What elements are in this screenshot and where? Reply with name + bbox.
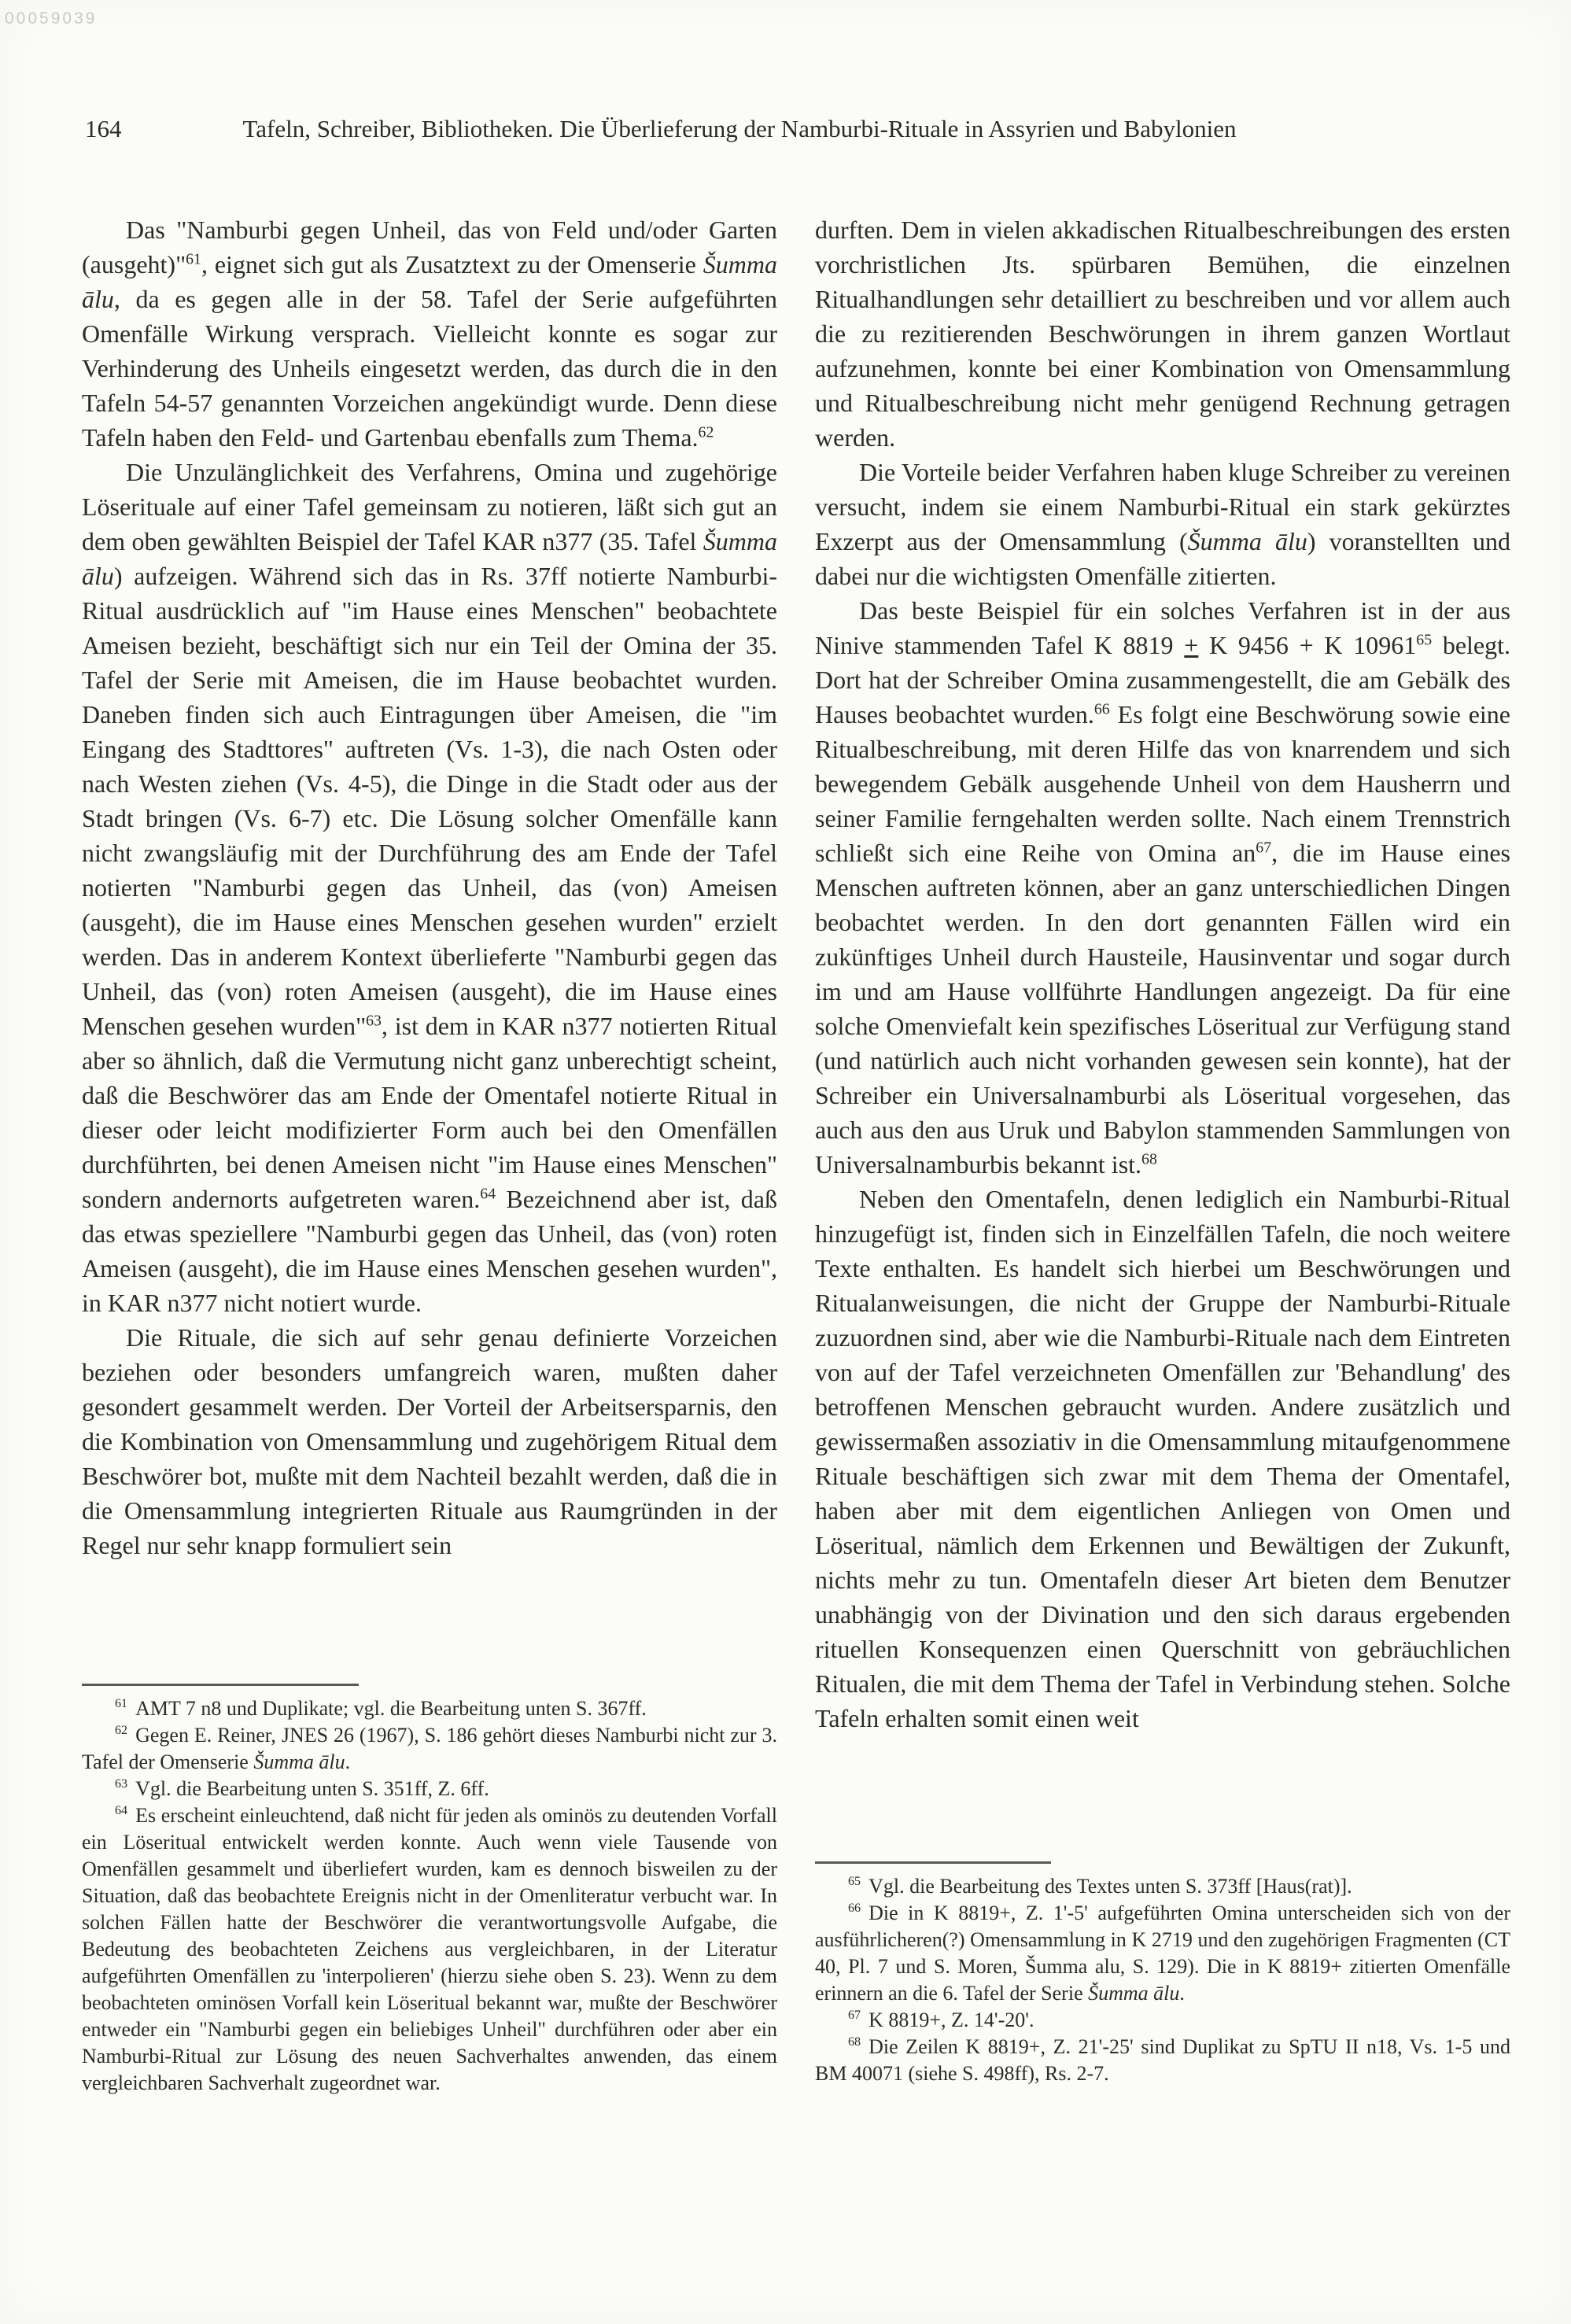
text-segment: Die Unzulänglichkeit des Verfahrens, Omi…: [82, 458, 777, 555]
right-column: durften. Dem in vielen akkadischen Ritua…: [815, 212, 1510, 1736]
text-segment: Gegen E. Reiner, JNES 26 (1967), S. 186 …: [82, 1724, 777, 1773]
footnote-rule: [82, 1684, 359, 1686]
running-title: Tafeln, Schreiber, Bibliotheken. Die Übe…: [197, 115, 1282, 143]
text-segment: Vgl. die Bearbeitung des Textes unten S.…: [868, 1875, 1352, 1898]
right-footnotes: 65Vgl. die Bearbeitung des Textes unten …: [815, 1861, 1510, 2087]
text-segment: , eignet sich gut als Zusatztext zu der …: [201, 250, 703, 279]
footnote-marker: 61: [115, 1697, 127, 1710]
body-paragraph: durften. Dem in vielen akkadischen Ritua…: [815, 212, 1510, 455]
footnote-text: Es erscheint einleuchtend, daß nicht für…: [82, 1804, 777, 2094]
text-segment: Šumma ālu: [1088, 1982, 1179, 2005]
text-segment: K 9456 + K 10961: [1198, 631, 1416, 659]
footnote-text: Die in K 8819+, Z. 1'-5' aufgeführten Om…: [815, 1902, 1510, 2005]
body-paragraph: Die Unzulänglichkeit des Verfahrens, Omi…: [82, 455, 777, 1320]
footnote-ref: 61: [186, 250, 201, 267]
body-paragraph: Das beste Beispiel für ein solches Verfa…: [815, 593, 1510, 1182]
text-segment: .: [345, 1750, 351, 1773]
footnote-ref: 64: [480, 1185, 496, 1202]
footnote-text: AMT 7 n8 und Duplikate; vgl. die Bearbei…: [135, 1697, 647, 1720]
footnote-67: 67K 8819+, Z. 14'-20'.: [815, 2007, 1510, 2034]
text-segment: K 8819+, Z. 14'-20'.: [868, 2009, 1034, 2031]
footnote-marker: 64: [115, 1804, 127, 1817]
text-segment: AMT 7 n8 und Duplikate; vgl. die Bearbei…: [135, 1697, 647, 1720]
footnote-ref: 63: [366, 1012, 382, 1029]
text-segment: Vgl. die Bearbeitung unten S. 351ff, Z. …: [135, 1777, 489, 1800]
text-segment: Die Zeilen K 8819+, Z. 21'-25' sind Dupl…: [815, 2035, 1510, 2085]
body-paragraph: Das "Namburbi gegen Unheil, das von Feld…: [82, 212, 777, 455]
footnote-68: 68Die Zeilen K 8819+, Z. 21'-25' sind Du…: [815, 2034, 1510, 2087]
footnote-ref: 62: [699, 423, 714, 441]
footnote-marker: 66: [848, 1902, 861, 1915]
footnote-rule: [815, 1861, 1051, 1864]
footnote-64: 64Es erscheint einleuchtend, daß nicht f…: [82, 1802, 777, 2097]
text-segment: , da es gegen alle in der 58. Tafel der …: [82, 285, 777, 452]
footnote-ref: 65: [1416, 631, 1432, 648]
body-paragraph: Die Vorteile beider Verfahren haben klug…: [815, 455, 1510, 593]
scan-watermark: 00059039: [5, 9, 97, 28]
footnote-text: Gegen E. Reiner, JNES 26 (1967), S. 186 …: [82, 1724, 777, 1773]
footnote-65: 65Vgl. die Bearbeitung des Textes unten …: [815, 1873, 1510, 1900]
page-number: 164: [85, 115, 122, 143]
footnote-62: 62Gegen E. Reiner, JNES 26 (1967), S. 18…: [82, 1722, 777, 1776]
text-segment: Es erscheint einleuchtend, daß nicht für…: [82, 1804, 777, 2094]
footnote-66: 66Die in K 8819+, Z. 1'-5' aufgeführten …: [815, 1900, 1510, 2007]
footnote-marker: 68: [848, 2035, 861, 2049]
text-segment: Die Rituale, die sich auf sehr genau def…: [82, 1323, 777, 1559]
left-column: Das "Namburbi gegen Unheil, das von Feld…: [82, 212, 777, 1562]
text-segment: , ist dem in KAR n377 notierten Ritual a…: [82, 1012, 777, 1213]
footnote-text: Die Zeilen K 8819+, Z. 21'-25' sind Dupl…: [815, 2035, 1510, 2085]
body-paragraph: Die Rituale, die sich auf sehr genau def…: [82, 1320, 777, 1562]
body-paragraph: Neben den Omentafeln, denen lediglich ei…: [815, 1182, 1510, 1736]
text-segment: Šumma ālu: [1188, 527, 1307, 555]
footnote-ref: 68: [1141, 1150, 1157, 1168]
text-segment: durften. Dem in vielen akkadischen Ritua…: [815, 216, 1510, 452]
footnote-marker: 65: [848, 1875, 861, 1888]
footnote-63: 63Vgl. die Bearbeitung unten S. 351ff, Z…: [82, 1776, 777, 1802]
book-page: 00059039 164 Tafeln, Schreiber, Biblioth…: [0, 0, 1571, 2324]
footnote-marker: 63: [115, 1777, 127, 1791]
footnote-text: Vgl. die Bearbeitung des Textes unten S.…: [868, 1875, 1352, 1898]
text-segment: Šumma ālu: [253, 1750, 345, 1773]
footnote-61: 61AMT 7 n8 und Duplikate; vgl. die Bearb…: [82, 1695, 777, 1722]
left-footnotes: 61AMT 7 n8 und Duplikate; vgl. die Bearb…: [82, 1684, 777, 2097]
footnote-text: K 8819+, Z. 14'-20'.: [868, 2009, 1034, 2031]
footnote-text: Vgl. die Bearbeitung unten S. 351ff, Z. …: [135, 1777, 489, 1800]
footnote-ref: 67: [1256, 839, 1271, 856]
text-segment: Neben den Omentafeln, denen lediglich ei…: [815, 1185, 1510, 1732]
text-segment: +: [1184, 631, 1198, 659]
text-segment: .: [1179, 1982, 1185, 2005]
footnote-marker: 62: [115, 1724, 127, 1737]
text-segment: ) aufzeigen. Während sich das in Rs. 37f…: [82, 562, 777, 1040]
text-segment: , die im Hause eines Menschen auftreten …: [815, 839, 1510, 1179]
footnote-marker: 67: [848, 2009, 861, 2022]
footnote-ref: 66: [1094, 700, 1110, 717]
